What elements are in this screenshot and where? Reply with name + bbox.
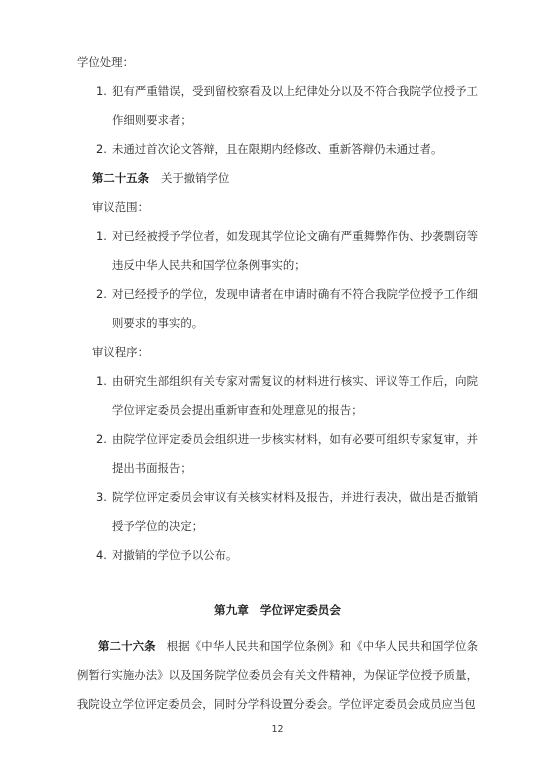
scope-item-2: 2.对已经授予的学位，发现申请者在申请时确有不符合我院学位授予工作细则要求的事实… (96, 280, 478, 338)
chapter-number: 第九章 (214, 603, 249, 617)
scope-label: 审议范围： (92, 193, 478, 222)
article-number: 第二十五条 (92, 171, 149, 185)
procedure-item-1: 1.由研究生部组织有关专家对需复议的材料进行核实、评议等工作后，向院学位评定委员… (96, 367, 478, 425)
article-title: 关于撤销学位 (161, 171, 229, 185)
degree-handling-lead: 学位处理： (77, 48, 478, 77)
scope-item-1: 1.对已经被授予学位者，如发现其学位论文确有严重舞弊作伪、抄袭剽窃等违反中华人民… (96, 222, 478, 280)
page-content: 学位处理： 1.犯有严重错误，受到留校察看及以上纪律处分以及不符合我院学位授予工… (77, 48, 478, 737)
article-26-paragraph: 第二十六条根据《中华人民共和国学位条例》和《中华人民共和国学位条例暂行实施办法》… (77, 632, 478, 719)
list-text: 对已经授予的学位，发现申请者在申请时确有不符合我院学位授予工作细则要求的事实的。 (112, 287, 478, 330)
list-number: 1. (96, 367, 112, 396)
list-number: 2. (96, 280, 112, 309)
procedure-label: 审议程序： (92, 338, 478, 367)
list-text: 院学位评定委员会审议有关核实材料及报告，并进行表决，做出是否撤销授予学位的决定； (112, 490, 478, 533)
list-text: 未通过首次论文答辩，且在限期内经修改、重新答辩仍未通过者。 (112, 142, 442, 156)
procedure-item-2: 2.由院学位评定委员会组织进一步核实材料，如有必要可组织专家复审，并提出书面报告… (96, 425, 478, 483)
article-25-heading: 第二十五条关于撤销学位 (92, 164, 478, 193)
list-text: 对撤销的学位予以公布。 (112, 548, 237, 562)
withhold-item-1: 1.犯有严重错误，受到留校察看及以上纪律处分以及不符合我院学位授予工作细则要求者… (96, 77, 478, 135)
list-number: 4. (96, 541, 112, 570)
list-number: 1. (96, 222, 112, 251)
list-text: 由研究生部组织有关专家对需复议的材料进行核实、评议等工作后，向院学位评定委员会提… (112, 374, 478, 417)
list-number: 1. (96, 77, 112, 106)
withhold-item-2: 2.未通过首次论文答辩，且在限期内经修改、重新答辩仍未通过者。 (96, 135, 478, 164)
chapter-9-heading: 第九章学位评定委员会 (77, 596, 478, 625)
chapter-title: 学位评定委员会 (260, 603, 341, 617)
procedure-item-3: 3.院学位评定委员会审议有关核实材料及报告，并进行表决，做出是否撤销授予学位的决… (96, 483, 478, 541)
document-page: 学位处理： 1.犯有严重错误，受到留校察看及以上纪律处分以及不符合我院学位授予工… (0, 0, 554, 783)
list-text: 犯有严重错误，受到留校察看及以上纪律处分以及不符合我院学位授予工作细则要求者； (112, 84, 478, 127)
list-text: 对已经被授予学位者，如发现其学位论文确有严重舞弊作伪、抄袭剽窃等违反中华人民共和… (112, 229, 478, 272)
list-number: 3. (96, 483, 112, 512)
list-text: 由院学位评定委员会组织进一步核实材料，如有必要可组织专家复审，并提出书面报告； (112, 432, 478, 475)
page-number: 12 (77, 723, 478, 737)
article-number: 第二十六条 (98, 639, 156, 653)
list-number: 2. (96, 425, 112, 454)
list-number: 2. (96, 135, 112, 164)
procedure-item-4: 4.对撤销的学位予以公布。 (96, 541, 478, 570)
